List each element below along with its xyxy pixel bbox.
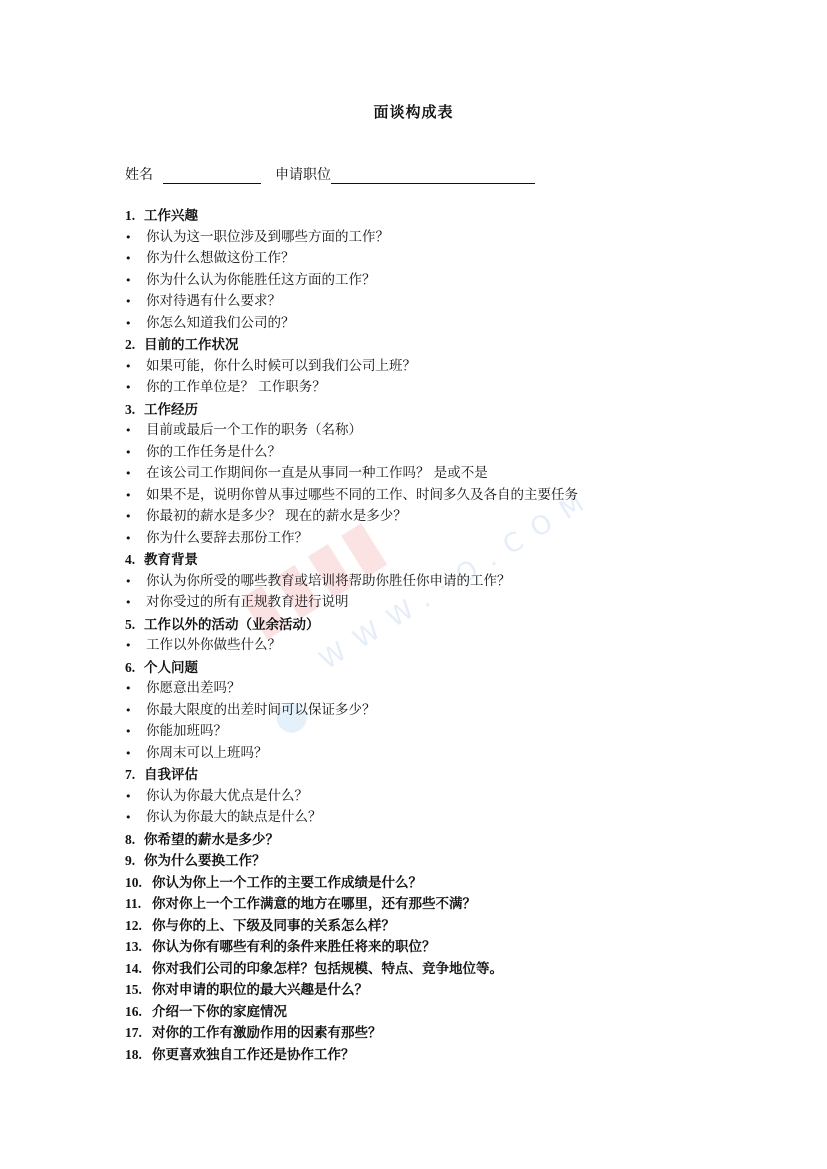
section-number: 10.	[125, 872, 152, 894]
section-heading: 18.你更喜欢独自工作还是协作工作？	[125, 1044, 765, 1066]
bullet-icon: •	[125, 528, 146, 550]
section-title: 你为什么要换工作？	[144, 853, 266, 869]
question-item: •对你受过的所有正规教育进行说明	[125, 592, 765, 614]
section-heading: 12.你与你的上、下级及同事的关系怎么样？	[125, 915, 765, 937]
name-blank[interactable]	[163, 169, 261, 184]
section-title: 目前的工作状况	[144, 337, 239, 353]
section-number: 16.	[125, 1001, 152, 1023]
question-text: 你为什么认为你能胜任这方面的工作？	[146, 272, 376, 288]
section-number: 17.	[125, 1022, 152, 1044]
section-heading: 3.工作经历	[125, 399, 765, 421]
question-item: •你能加班吗？	[125, 721, 765, 743]
bullet-icon: •	[125, 721, 146, 743]
name-label: 姓名	[125, 164, 153, 184]
question-text: 在该公司工作期间你一直是从事同一种工作吗？ 是或不是	[146, 465, 488, 481]
section-title: 你希望的薪水是多少？	[144, 832, 279, 848]
section-number: 18.	[125, 1044, 152, 1066]
section-title: 你对你上一个工作满意的地方在哪里，还有那些不满？	[152, 896, 476, 912]
question-item: •工作以外你做些什么？	[125, 635, 765, 657]
section-heading: 9.你为什么要换工作？	[125, 850, 765, 872]
section-number: 12.	[125, 915, 152, 937]
question-item: •你认为你最大的缺点是什么？	[125, 807, 765, 829]
section-heading: 17.对你的工作有激励作用的因素有那些？	[125, 1022, 765, 1044]
bullet-icon: •	[125, 635, 146, 657]
question-item: •目前或最后一个工作的职务（名称）	[125, 420, 765, 442]
section-number: 14.	[125, 958, 152, 980]
section-title: 教育背景	[144, 552, 198, 568]
bullet-icon: •	[125, 377, 146, 399]
section-title: 你认为你上一个工作的主要工作成绩是什么？	[152, 875, 422, 891]
section-number: 15.	[125, 979, 152, 1001]
question-item: •你认为你最大优点是什么？	[125, 786, 765, 808]
question-item: •你为什么要辞去那份工作？	[125, 528, 765, 550]
question-item: •你为什么认为你能胜任这方面的工作？	[125, 270, 765, 292]
section-number: 3.	[125, 399, 144, 421]
question-item: •你认为你所受的哪些教育或培训将帮助你胜任你申请的工作？	[125, 571, 765, 593]
section-number: 7.	[125, 764, 144, 786]
section-number: 6.	[125, 657, 144, 679]
section-title: 工作经历	[144, 402, 198, 418]
question-text: 你认为你最大优点是什么？	[146, 788, 308, 804]
bullet-icon: •	[125, 592, 146, 614]
question-text: 你愿意出差吗？	[146, 680, 241, 696]
question-item: •你的工作单位是？ 工作职务？	[125, 377, 765, 399]
section-number: 2.	[125, 334, 144, 356]
question-item: •你认为这一职位涉及到哪些方面的工作？	[125, 227, 765, 249]
question-text: 你认为你所受的哪些教育或培训将帮助你胜任你申请的工作？	[146, 573, 511, 589]
section-title: 你对我们公司的印象怎样？包括规模、特点、竞争地位等。	[152, 961, 503, 977]
section-heading: 1.工作兴趣	[125, 205, 765, 227]
bullet-icon: •	[125, 227, 146, 249]
section-title: 自我评估	[144, 767, 198, 783]
section-heading: 2.目前的工作状况	[125, 334, 765, 356]
question-text: 你对待遇有什么要求？	[146, 293, 281, 309]
question-text: 目前或最后一个工作的职务（名称）	[146, 422, 362, 438]
bullet-icon: •	[125, 485, 146, 507]
bullet-icon: •	[125, 506, 146, 528]
question-text: 如果可能，你什么时候可以到我们公司上班？	[146, 358, 416, 374]
question-text: 你为什么想做这份工作？	[146, 250, 295, 266]
section-title: 你认为你有哪些有利的条件来胜任将来的职位？	[152, 939, 436, 955]
section-title: 介绍一下你的家庭情况	[152, 1004, 287, 1020]
section-heading: 14.你对我们公司的印象怎样？包括规模、特点、竞争地位等。	[125, 958, 765, 980]
bullet-icon: •	[125, 442, 146, 464]
position-label: 申请职位	[275, 164, 331, 184]
question-text: 你的工作单位是？ 工作职务？	[146, 379, 326, 395]
section-heading: 5.工作以外的活动（业余活动）	[125, 614, 765, 636]
document-page: ▮▮▮▮ WWW.·O.COM 面谈构成表 姓名 申请职位 1.工作兴趣•你认为…	[0, 0, 827, 1169]
question-item: •你周末可以上班吗？	[125, 743, 765, 765]
bullet-icon: •	[125, 571, 146, 593]
bullet-icon: •	[125, 248, 146, 270]
question-text: 你怎么知道我们公司的？	[146, 315, 295, 331]
bullet-icon: •	[125, 270, 146, 292]
section-title: 你对申请的职位的最大兴趣是什么？	[152, 982, 368, 998]
question-item: •如果不是，说明你曾从事过哪些不同的工作、时间多久及各自的主要任务	[125, 485, 765, 507]
question-item: •你最大限度的出差时间可以保证多少？	[125, 700, 765, 722]
bullet-icon: •	[125, 700, 146, 722]
section-number: 11.	[125, 893, 152, 915]
section-number: 5.	[125, 614, 144, 636]
question-text: 你最大限度的出差时间可以保证多少？	[146, 702, 376, 718]
section-number: 1.	[125, 205, 144, 227]
question-text: 你认为这一职位涉及到哪些方面的工作？	[146, 229, 389, 245]
section-heading: 4.教育背景	[125, 549, 765, 571]
section-title: 你与你的上、下级及同事的关系怎么样？	[152, 918, 395, 934]
section-title: 工作以外的活动（业余活动）	[144, 617, 320, 633]
question-item: •你的工作任务是什么？	[125, 442, 765, 464]
applicant-fields: 姓名 申请职位	[125, 164, 535, 184]
question-item: •你最初的薪水是多少？ 现在的薪水是多少？	[125, 506, 765, 528]
bullet-icon: •	[125, 291, 146, 313]
question-item: •如果可能，你什么时候可以到我们公司上班？	[125, 356, 765, 378]
section-heading: 16.介绍一下你的家庭情况	[125, 1001, 765, 1023]
bullet-icon: •	[125, 313, 146, 335]
section-number: 13.	[125, 936, 152, 958]
question-item: •在该公司工作期间你一直是从事同一种工作吗？ 是或不是	[125, 463, 765, 485]
section-title: 工作兴趣	[144, 208, 198, 224]
question-text: 你为什么要辞去那份工作？	[146, 530, 308, 546]
section-number: 8.	[125, 829, 144, 851]
section-title: 你更喜欢独自工作还是协作工作？	[152, 1047, 355, 1063]
section-title: 对你的工作有激励作用的因素有那些？	[152, 1025, 382, 1041]
question-text: 你的工作任务是什么？	[146, 444, 281, 460]
question-text: 你能加班吗？	[146, 723, 227, 739]
section-title: 个人问题	[144, 660, 198, 676]
bullet-icon: •	[125, 678, 146, 700]
section-heading: 10.你认为你上一个工作的主要工作成绩是什么？	[125, 872, 765, 894]
section-number: 9.	[125, 850, 144, 872]
question-item: •你愿意出差吗？	[125, 678, 765, 700]
bullet-icon: •	[125, 786, 146, 808]
question-item: •你为什么想做这份工作？	[125, 248, 765, 270]
position-blank[interactable]	[331, 169, 535, 184]
bullet-icon: •	[125, 356, 146, 378]
question-list: 1.工作兴趣•你认为这一职位涉及到哪些方面的工作？•你为什么想做这份工作？•你为…	[125, 205, 765, 1065]
section-heading: 11.你对你上一个工作满意的地方在哪里，还有那些不满？	[125, 893, 765, 915]
question-text: 如果不是，说明你曾从事过哪些不同的工作、时间多久及各自的主要任务	[146, 487, 578, 503]
section-heading: 6.个人问题	[125, 657, 765, 679]
question-item: •你对待遇有什么要求？	[125, 291, 765, 313]
bullet-icon: •	[125, 463, 146, 485]
section-heading: 15.你对申请的职位的最大兴趣是什么？	[125, 979, 765, 1001]
question-text: 你周末可以上班吗？	[146, 745, 268, 761]
question-text: 工作以外你做些什么？	[146, 637, 281, 653]
section-heading: 8.你希望的薪水是多少？	[125, 829, 765, 851]
bullet-icon: •	[125, 420, 146, 442]
section-heading: 7.自我评估	[125, 764, 765, 786]
bullet-icon: •	[125, 743, 146, 765]
question-text: 你认为你最大的缺点是什么？	[146, 809, 322, 825]
bullet-icon: •	[125, 807, 146, 829]
document-title: 面谈构成表	[0, 101, 827, 122]
question-item: •你怎么知道我们公司的？	[125, 313, 765, 335]
question-text: 你最初的薪水是多少？ 现在的薪水是多少？	[146, 508, 407, 524]
question-text: 对你受过的所有正规教育进行说明	[146, 594, 349, 610]
section-heading: 13.你认为你有哪些有利的条件来胜任将来的职位？	[125, 936, 765, 958]
section-number: 4.	[125, 549, 144, 571]
